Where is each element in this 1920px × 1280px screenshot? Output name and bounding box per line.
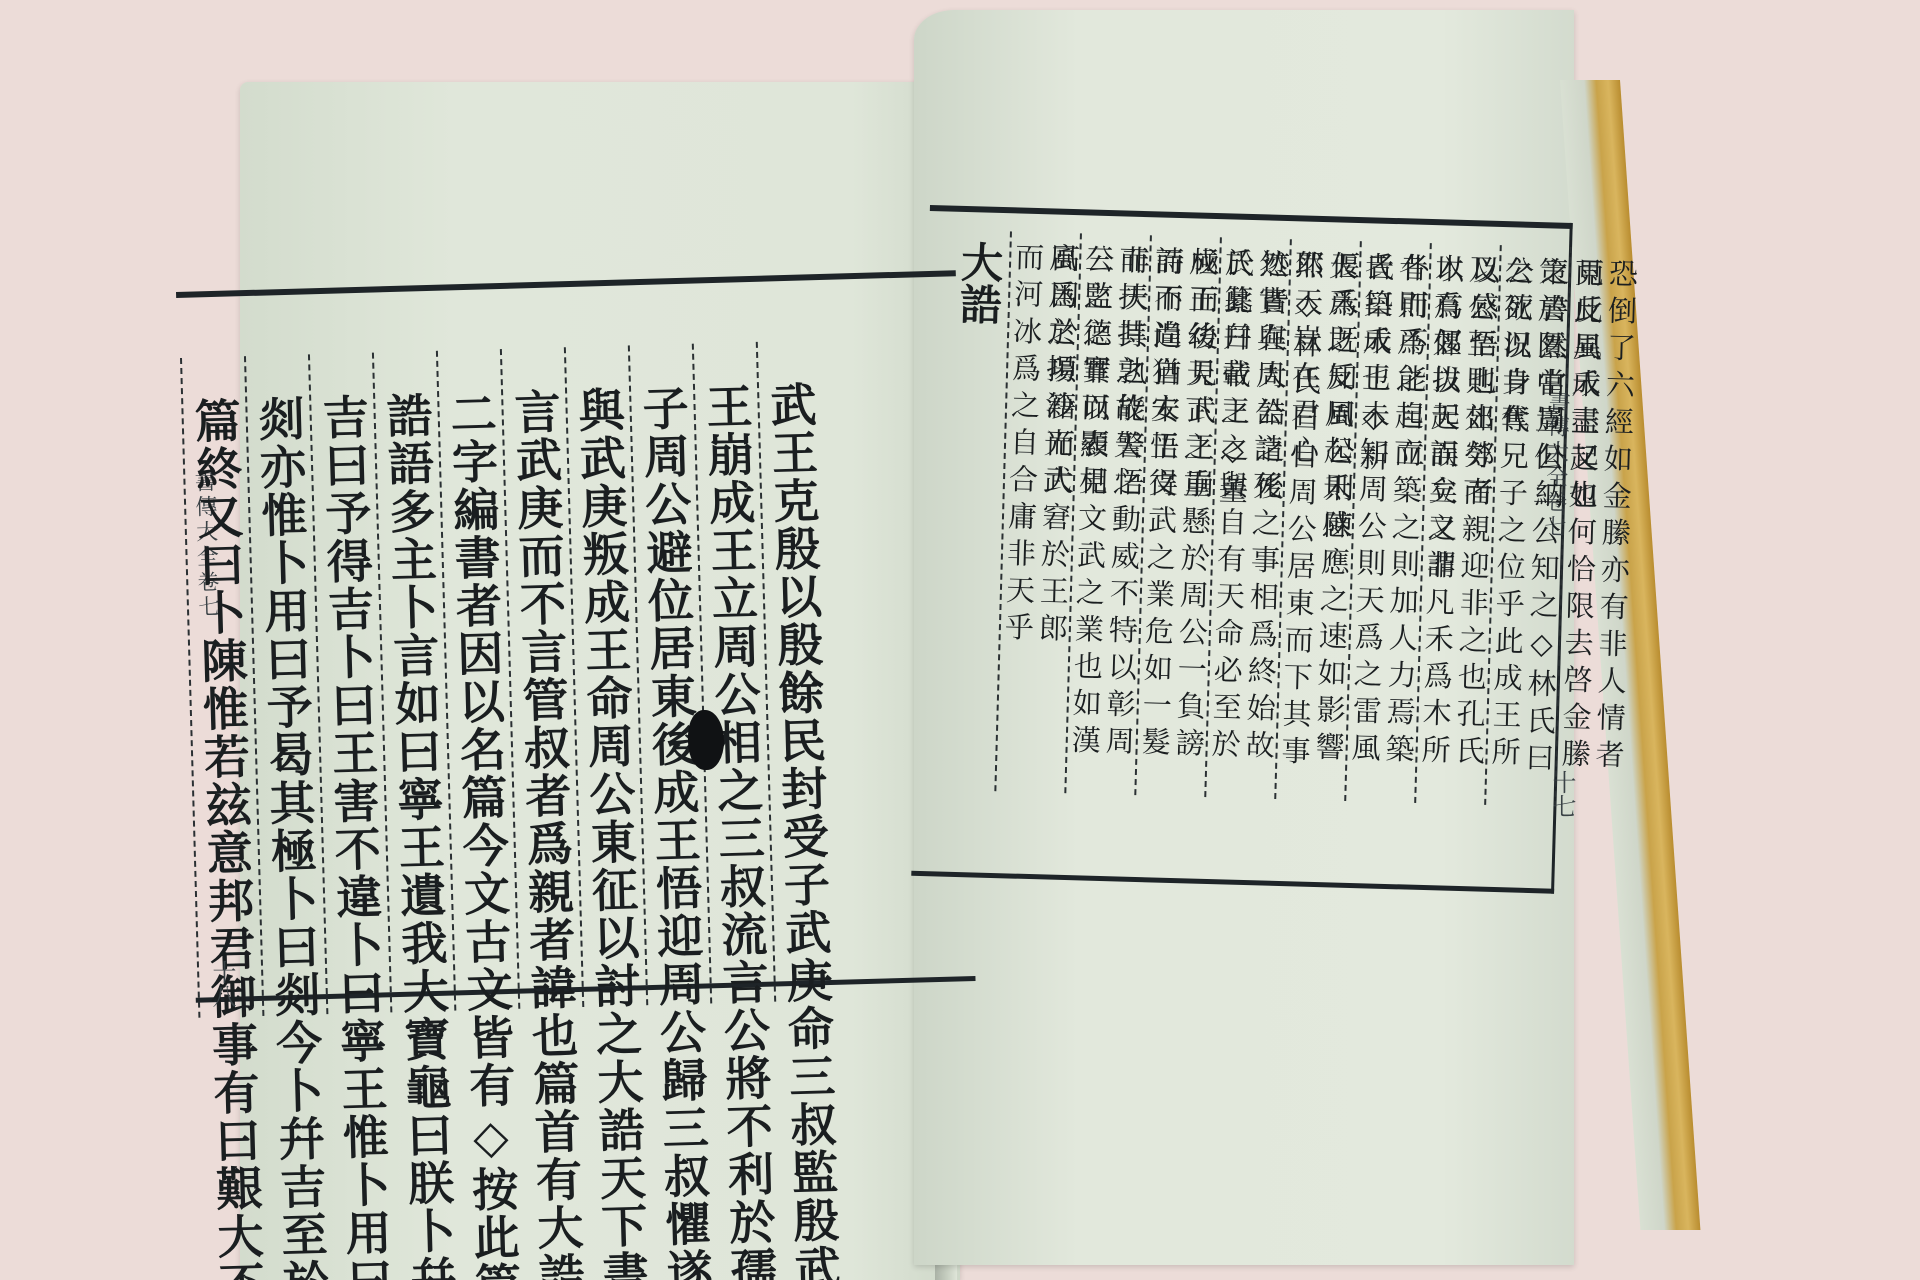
right-page-text-columns: 恐倒了六經如金縢亦有非人情者雨反風禾盡起也 見此異成王又如何恰限去啓金縢之書然當… xyxy=(944,230,1639,809)
ink-blot xyxy=(688,710,724,770)
left-page-number: 十八 xyxy=(205,960,240,1008)
right-page-number: 十七 xyxy=(1545,770,1580,818)
left-page-text-columns: 武王克殷以殷餘民封受子武庚命三叔監殷武 王崩成王立周公相之三叔流言公將不利於孺 … xyxy=(180,340,838,1018)
